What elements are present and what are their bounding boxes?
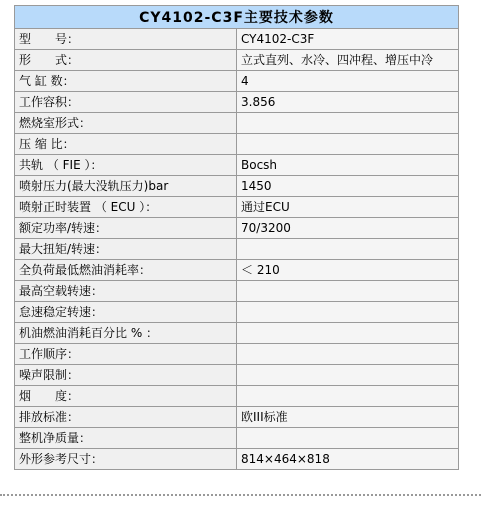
spec-value [237, 344, 459, 365]
table-row: 排放标准：欧III标准 [15, 407, 459, 428]
table-row: 压 缩 比： [15, 134, 459, 155]
spec-label: 型 号： [15, 29, 237, 50]
spec-label: 共轨 （ FIE ）： [15, 155, 237, 176]
spec-value: CY4102-C3F [237, 29, 459, 50]
spec-label: 排放标准： [15, 407, 237, 428]
table-row: 型 号：CY4102-C3F [15, 29, 459, 50]
table-row: 最大扭矩/转速： [15, 239, 459, 260]
spec-label: 喷射正时装置 （ ECU ）： [15, 197, 237, 218]
table-row: 机油燃油消耗百分比 % ： [15, 323, 459, 344]
spec-label: 怠速稳定转速： [15, 302, 237, 323]
spec-value [237, 302, 459, 323]
spec-label: 形 式： [15, 50, 237, 71]
spec-value [237, 365, 459, 386]
spec-label: 压 缩 比： [15, 134, 237, 155]
spec-value: 1450 [237, 176, 459, 197]
spec-label: 机油燃油消耗百分比 % ： [15, 323, 237, 344]
spec-value: 欧III标准 [237, 407, 459, 428]
spec-value [237, 428, 459, 449]
spec-value: 814×464×818 [237, 449, 459, 470]
table-row: 共轨 （ FIE ）：Bocsh [15, 155, 459, 176]
spec-label: 最大扭矩/转速： [15, 239, 237, 260]
spec-table-body: 型 号：CY4102-C3F形 式：立式直列、水冷、四冲程、增压中冷气 缸 数：… [15, 29, 459, 470]
table-row: 喷射压力(最大没轨压力)bar1450 [15, 176, 459, 197]
table-header-row: CY4102-C3F主要技术参数 [15, 6, 459, 29]
spec-value: 70/3200 [237, 218, 459, 239]
spec-value [237, 239, 459, 260]
table-row: 形 式：立式直列、水冷、四冲程、增压中冷 [15, 50, 459, 71]
spec-label: 外形参考尺寸： [15, 449, 237, 470]
table-row: 怠速稳定转速： [15, 302, 459, 323]
spec-table: CY4102-C3F主要技术参数 型 号：CY4102-C3F形 式：立式直列、… [14, 5, 459, 470]
dotted-divider [0, 494, 481, 496]
table-row: 额定功率/转速：70/3200 [15, 218, 459, 239]
spec-value: 立式直列、水冷、四冲程、增压中冷 [237, 50, 459, 71]
table-title: CY4102-C3F主要技术参数 [15, 6, 459, 29]
spec-label: 工作容积： [15, 92, 237, 113]
spec-label: 噪声限制： [15, 365, 237, 386]
spec-label: 整机净质量： [15, 428, 237, 449]
spec-value: ＜ 210 [237, 260, 459, 281]
spec-label: 气 缸 数： [15, 71, 237, 92]
spec-value [237, 386, 459, 407]
table-row: 外形参考尺寸：814×464×818 [15, 449, 459, 470]
spec-label: 烟 度： [15, 386, 237, 407]
table-row: 全负荷最低燃油消耗率：＜ 210 [15, 260, 459, 281]
spec-value: 4 [237, 71, 459, 92]
table-row: 喷射正时装置 （ ECU ）：通过ECU [15, 197, 459, 218]
table-row: 工作容积：3.856 [15, 92, 459, 113]
spec-label: 最高空载转速： [15, 281, 237, 302]
spec-label: 工作顺序： [15, 344, 237, 365]
spec-value: Bocsh [237, 155, 459, 176]
spec-label: 全负荷最低燃油消耗率： [15, 260, 237, 281]
spec-label: 喷射压力(最大没轨压力)bar [15, 176, 237, 197]
spec-value: 通过ECU [237, 197, 459, 218]
table-row: 燃烧室形式： [15, 113, 459, 134]
spec-label: 燃烧室形式： [15, 113, 237, 134]
table-row: 烟 度： [15, 386, 459, 407]
page: CY4102-C3F主要技术参数 型 号：CY4102-C3F形 式：立式直列、… [0, 5, 481, 511]
spec-value [237, 113, 459, 134]
spec-value: 3.856 [237, 92, 459, 113]
table-row: 工作顺序： [15, 344, 459, 365]
table-row: 气 缸 数：4 [15, 71, 459, 92]
spec-value [237, 323, 459, 344]
spec-value [237, 134, 459, 155]
spec-label: 额定功率/转速： [15, 218, 237, 239]
spec-value [237, 281, 459, 302]
table-row: 最高空载转速： [15, 281, 459, 302]
table-row: 噪声限制： [15, 365, 459, 386]
table-row: 整机净质量： [15, 428, 459, 449]
